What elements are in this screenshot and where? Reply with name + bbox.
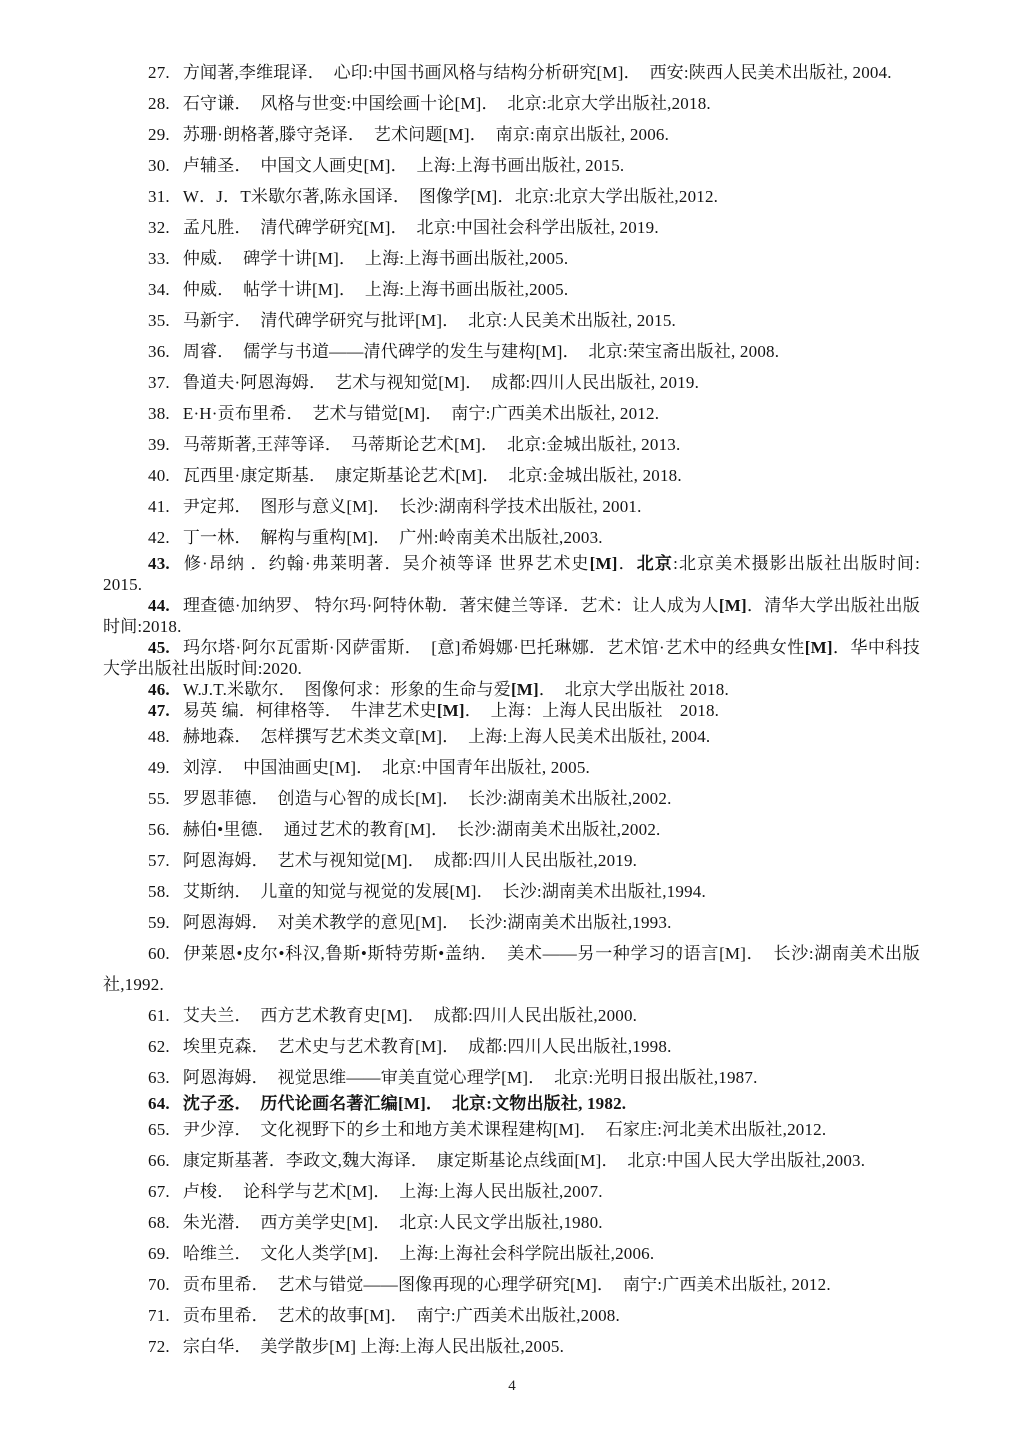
reference-entry: 41.尹定邦． 图形与意义[M]． 长沙:湖南科学技术出版社, 2001.	[103, 491, 920, 522]
entry-text: 丁一林． 解构与重构[M]． 广州:岭南美术出版社,2003.	[183, 528, 603, 547]
page-footer: 4	[0, 1376, 1024, 1396]
reference-entry: 43.修·昂纳 ．约翰·弗莱明著．吴介祯等译 世界艺术史[M]．北京:北京美术摄…	[103, 553, 920, 595]
entry-number: 30.	[148, 156, 170, 175]
entry-text: [M]	[437, 701, 465, 720]
entry-number: 45.	[148, 638, 170, 657]
entry-text: 赫地森． 怎样撰写艺术类文章[M]． 上海:上海人民美术出版社, 2004.	[183, 727, 711, 746]
reference-entry: 66.康定斯基著．李政文,魏大海译． 康定斯基论点线面[M]． 北京:中国人民大…	[103, 1145, 920, 1176]
entry-number: 67.	[148, 1182, 170, 1201]
reference-entry: 32.孟凡胜． 清代碑学研究[M]． 北京:中国社会科学出版社, 2019.	[103, 212, 920, 243]
entry-number: 48.	[148, 727, 170, 746]
entry-number: 49.	[148, 758, 170, 777]
reference-entry: 39.马蒂斯著,王萍等译． 马蒂斯论艺术[M]． 北京:金城出版社, 2013.	[103, 429, 920, 460]
reference-entry: 42.丁一林． 解构与重构[M]． 广州:岭南美术出版社,2003.	[103, 522, 920, 553]
entry-number: 62.	[148, 1037, 170, 1056]
reference-entry: 49.刘淳． 中国油画史[M]． 北京:中国青年出版社, 2005.	[103, 752, 920, 783]
entry-text: 贡布里希． 艺术与错觉——图像再现的心理学研究[M]． 南宁:广西美术出版社, …	[183, 1275, 831, 1294]
entry-number: 38.	[148, 404, 170, 423]
entry-text: W.J.T.米歇尔． 图像何求：形象的生命与爱	[183, 680, 511, 699]
entry-number: 43.	[148, 554, 170, 573]
entry-text: 尹定邦． 图形与意义[M]． 长沙:湖南科学技术出版社, 2001.	[183, 497, 642, 516]
entry-number: 41.	[148, 497, 170, 516]
entry-text: 罗恩菲德． 创造与心智的成长[M]． 长沙:湖南美术出版社,2002.	[183, 789, 672, 808]
reference-entry: 72.宗白华． 美学散步[M] 上海:上海人民出版社,2005.	[103, 1331, 920, 1362]
entry-text: 鲁道夫·阿恩海姆． 艺术与视知觉[M]． 成都:四川人民出版社, 2019.	[183, 373, 699, 392]
entry-text: 马蒂斯著,王萍等译． 马蒂斯论艺术[M]． 北京:金城出版社, 2013.	[183, 435, 681, 454]
reference-entry: 46.W.J.T.米歇尔． 图像何求：形象的生命与爱[M]． 北京大学出版社 2…	[103, 679, 920, 700]
entry-text: 尹少淳． 文化视野下的乡土和地方美术课程建构[M]． 石家庄:河北美术出版社,2…	[183, 1120, 826, 1139]
entry-text: 艾夫兰． 西方艺术教育史[M]． 成都:四川人民出版社,2000.	[183, 1006, 637, 1025]
entry-number: 56.	[148, 820, 170, 839]
entry-text: 康定斯基著．李政文,魏大海译． 康定斯基论点线面[M]． 北京:中国人民大学出版…	[183, 1151, 865, 1170]
entry-text: ． 北京大学出版社 2018.	[539, 680, 729, 699]
entry-text: 苏珊·朗格著,滕守尧译． 艺术问题[M]． 南京:南京出版社, 2006.	[183, 125, 669, 144]
entry-text: [M]	[511, 680, 539, 699]
entry-text: 刘淳． 中国油画史[M]． 北京:中国青年出版社, 2005.	[183, 758, 590, 777]
entry-text: 孟凡胜． 清代碑学研究[M]． 北京:中国社会科学出版社, 2019.	[183, 218, 659, 237]
entry-text: 艾斯纳． 儿童的知觉与视觉的发展[M]． 长沙:湖南美术出版社,1994.	[183, 882, 706, 901]
entry-text: 北京	[637, 554, 673, 573]
entry-number: 40.	[148, 466, 170, 485]
entry-number: 60.	[148, 944, 170, 963]
entry-text: 埃里克森． 艺术史与艺术教育[M]． 成都:四川人民出版社,1998.	[183, 1037, 672, 1056]
entry-number: 47.	[148, 701, 170, 720]
entry-text: 朱光潜． 西方美学史[M]． 北京:人民文学出版社,1980.	[183, 1213, 603, 1232]
entry-text: [M]	[590, 554, 618, 573]
reference-entry: 63.阿恩海姆． 视觉思维——审美直觉心理学[M]． 北京:光明日报出版社,19…	[103, 1062, 920, 1093]
entry-text: 赫伯•里德． 通过艺术的教育[M]． 长沙:湖南美术出版社,2002.	[183, 820, 661, 839]
entry-text: 伊莱恩•皮尔•科汉,鲁斯•斯特劳斯•盖纳． 美术——另一种学习的语言[M]． 长…	[103, 944, 920, 994]
entry-text: ．	[618, 554, 637, 573]
reference-entry: 64.沈子丞． 历代论画名著汇编[M]． 北京:文物出版社, 1982.	[103, 1093, 920, 1114]
page-number: 4	[508, 1378, 516, 1394]
reference-entry: 62.埃里克森． 艺术史与艺术教育[M]． 成都:四川人民出版社,1998.	[103, 1031, 920, 1062]
reference-entry: 31.W．J．T米歇尔著,陈永国译． 图像学[M]．北京:北京大学出版社,201…	[103, 181, 920, 212]
entry-number: 29.	[148, 125, 170, 144]
reference-entry: 38.E·H·贡布里希． 艺术与错觉[M]． 南宁:广西美术出版社, 2012.	[103, 398, 920, 429]
entry-number: 44.	[148, 596, 170, 615]
entry-text: 修·昂纳 ．约翰·弗莱明著．吴介祯等译 世界艺术史	[183, 554, 590, 573]
reference-entry: 45.玛尔塔·阿尔瓦雷斯·冈萨雷斯． [意]希姆娜·巴托琳娜．艺术馆·艺术中的经…	[103, 637, 920, 679]
entry-number: 61.	[148, 1006, 170, 1025]
reference-entry: 34.仲威． 帖学十讲[M]． 上海:上海书画出版社,2005.	[103, 274, 920, 305]
reference-entry: 48.赫地森． 怎样撰写艺术类文章[M]． 上海:上海人民美术出版社, 2004…	[103, 721, 920, 752]
entry-text: [M]	[719, 596, 747, 615]
entry-text: 贡布里希． 艺术的故事[M]． 南宁:广西美术出版社,2008.	[183, 1306, 620, 1325]
reference-entry: 69.哈维兰． 文化人类学[M]． 上海:上海社会科学院出版社,2006.	[103, 1238, 920, 1269]
reference-entry: 35.马新宇． 清代碑学研究与批评[M]． 北京:人民美术出版社, 2015.	[103, 305, 920, 336]
reference-entry: 44.理查德·加纳罗、 特尔玛·阿特休勒．著宋健兰等译．艺术：让人成为人[M]．…	[103, 595, 920, 637]
entry-text: 阿恩海姆． 视觉思维——审美直觉心理学[M]． 北京:光明日报出版社,1987.	[183, 1068, 758, 1087]
entry-text: 阿恩海姆． 艺术与视知觉[M]． 成都:四川人民出版社,2019.	[183, 851, 637, 870]
entry-number: 31.	[148, 187, 170, 206]
reference-entry: 60.伊莱恩•皮尔•科汉,鲁斯•斯特劳斯•盖纳． 美术——另一种学习的语言[M]…	[103, 938, 920, 1000]
reference-entry: 47.易英 编．柯律格等． 牛津艺术史[M]． 上海：上海人民出版社 2018.	[103, 700, 920, 721]
entry-number: 57.	[148, 851, 170, 870]
entry-text: 沈子丞． 历代论画名著汇编[M]． 北京:文物出版社, 1982.	[183, 1094, 626, 1113]
entry-number: 65.	[148, 1120, 170, 1139]
entry-number: 46.	[148, 680, 170, 699]
reference-entry: 37.鲁道夫·阿恩海姆． 艺术与视知觉[M]． 成都:四川人民出版社, 2019…	[103, 367, 920, 398]
entry-text: [M]	[805, 638, 833, 657]
reference-entry: 70.贡布里希． 艺术与错觉——图像再现的心理学研究[M]． 南宁:广西美术出版…	[103, 1269, 920, 1300]
reference-entry: 67.卢梭． 论科学与艺术[M]． 上海:上海人民出版社,2007.	[103, 1176, 920, 1207]
entry-text: 宗白华． 美学散步[M] 上海:上海人民出版社,2005.	[183, 1337, 564, 1356]
entry-text: E·H·贡布里希． 艺术与错觉[M]． 南宁:广西美术出版社, 2012.	[183, 404, 659, 423]
entry-text: 卢辅圣． 中国文人画史[M]． 上海:上海书画出版社, 2015.	[183, 156, 625, 175]
entry-number: 69.	[148, 1244, 170, 1263]
entry-number: 55.	[148, 789, 170, 808]
entry-text: 仲威． 碑学十讲[M]． 上海:上海书画出版社,2005.	[183, 249, 568, 268]
reference-entry: 57.阿恩海姆． 艺术与视知觉[M]． 成都:四川人民出版社,2019.	[103, 845, 920, 876]
entry-number: 58.	[148, 882, 170, 901]
reference-entry: 58.艾斯纳． 儿童的知觉与视觉的发展[M]． 长沙:湖南美术出版社,1994.	[103, 876, 920, 907]
entry-text: 卢梭． 论科学与艺术[M]． 上海:上海人民出版社,2007.	[183, 1182, 603, 1201]
entry-number: 42.	[148, 528, 170, 547]
entry-number: 59.	[148, 913, 170, 932]
entry-number: 39.	[148, 435, 170, 454]
reference-entry: 36.周睿． 儒学与书道——清代碑学的发生与建构[M]． 北京:荣宝斋出版社, …	[103, 336, 920, 367]
document-page: 27.方闻著,李维琨译． 心印:中国书画风格与结构分析研究[M]． 西安:陕西人…	[0, 0, 1024, 1449]
entry-text: 瓦西里·康定斯基． 康定斯基论艺术[M]． 北京:金城出版社, 2018.	[183, 466, 682, 485]
entry-text: 方闻著,李维琨译． 心印:中国书画风格与结构分析研究[M]． 西安:陕西人民美术…	[183, 63, 892, 82]
entry-text: 玛尔塔·阿尔瓦雷斯·冈萨雷斯． [意]希姆娜·巴托琳娜．艺术馆·艺术中的经典女性	[183, 638, 805, 657]
reference-entry: 65.尹少淳． 文化视野下的乡土和地方美术课程建构[M]． 石家庄:河北美术出版…	[103, 1114, 920, 1145]
entry-text: 易英 编．柯律格等． 牛津艺术史	[183, 701, 437, 720]
entry-number: 71.	[148, 1306, 170, 1325]
entry-text: ． 上海：上海人民出版社 2018.	[465, 701, 719, 720]
entry-number: 33.	[148, 249, 170, 268]
entry-text: 石守谦． 风格与世变:中国绘画十论[M]． 北京:北京大学出版社,2018.	[183, 94, 711, 113]
entry-number: 32.	[148, 218, 170, 237]
entry-number: 68.	[148, 1213, 170, 1232]
reference-entry: 33.仲威． 碑学十讲[M]． 上海:上海书画出版社,2005.	[103, 243, 920, 274]
entry-number: 64.	[148, 1094, 170, 1113]
entry-number: 28.	[148, 94, 170, 113]
entry-text: 阿恩海姆． 对美术教学的意见[M]． 长沙:湖南美术出版社,1993.	[183, 913, 672, 932]
entry-number: 63.	[148, 1068, 170, 1087]
entry-number: 36.	[148, 342, 170, 361]
reference-entry: 61.艾夫兰． 西方艺术教育史[M]． 成都:四川人民出版社,2000.	[103, 1000, 920, 1031]
entry-number: 37.	[148, 373, 170, 392]
entry-number: 66.	[148, 1151, 170, 1170]
entry-text: 周睿． 儒学与书道——清代碑学的发生与建构[M]． 北京:荣宝斋出版社, 200…	[183, 342, 779, 361]
entry-number: 35.	[148, 311, 170, 330]
reference-list: 27.方闻著,李维琨译． 心印:中国书画风格与结构分析研究[M]． 西安:陕西人…	[0, 0, 1024, 1362]
entry-number: 27.	[148, 63, 170, 82]
reference-entry: 40.瓦西里·康定斯基． 康定斯基论艺术[M]． 北京:金城出版社, 2018.	[103, 460, 920, 491]
reference-entry: 29.苏珊·朗格著,滕守尧译． 艺术问题[M]． 南京:南京出版社, 2006.	[103, 119, 920, 150]
reference-entry: 30.卢辅圣． 中国文人画史[M]． 上海:上海书画出版社, 2015.	[103, 150, 920, 181]
reference-entry: 71.贡布里希． 艺术的故事[M]． 南宁:广西美术出版社,2008.	[103, 1300, 920, 1331]
reference-entry: 28.石守谦． 风格与世变:中国绘画十论[M]． 北京:北京大学出版社,2018…	[103, 88, 920, 119]
entry-text: 哈维兰． 文化人类学[M]． 上海:上海社会科学院出版社,2006.	[183, 1244, 654, 1263]
entry-number: 70.	[148, 1275, 170, 1294]
entry-number: 34.	[148, 280, 170, 299]
reference-entry: 68.朱光潜． 西方美学史[M]． 北京:人民文学出版社,1980.	[103, 1207, 920, 1238]
reference-entry: 56.赫伯•里德． 通过艺术的教育[M]． 长沙:湖南美术出版社,2002.	[103, 814, 920, 845]
entry-text: W．J．T米歇尔著,陈永国译． 图像学[M]．北京:北京大学出版社,2012.	[183, 187, 718, 206]
entry-text: 马新宇． 清代碑学研究与批评[M]． 北京:人民美术出版社, 2015.	[183, 311, 676, 330]
entry-text: 仲威． 帖学十讲[M]． 上海:上海书画出版社,2005.	[183, 280, 568, 299]
reference-entry: 59.阿恩海姆． 对美术教学的意见[M]． 长沙:湖南美术出版社,1993.	[103, 907, 920, 938]
entry-number: 72.	[148, 1337, 170, 1356]
entry-text: 理查德·加纳罗、 特尔玛·阿特休勒．著宋健兰等译．艺术：让人成为人	[183, 596, 719, 615]
reference-entry: 55.罗恩菲德． 创造与心智的成长[M]． 长沙:湖南美术出版社,2002.	[103, 783, 920, 814]
reference-entry: 27.方闻著,李维琨译． 心印:中国书画风格与结构分析研究[M]． 西安:陕西人…	[103, 57, 920, 88]
